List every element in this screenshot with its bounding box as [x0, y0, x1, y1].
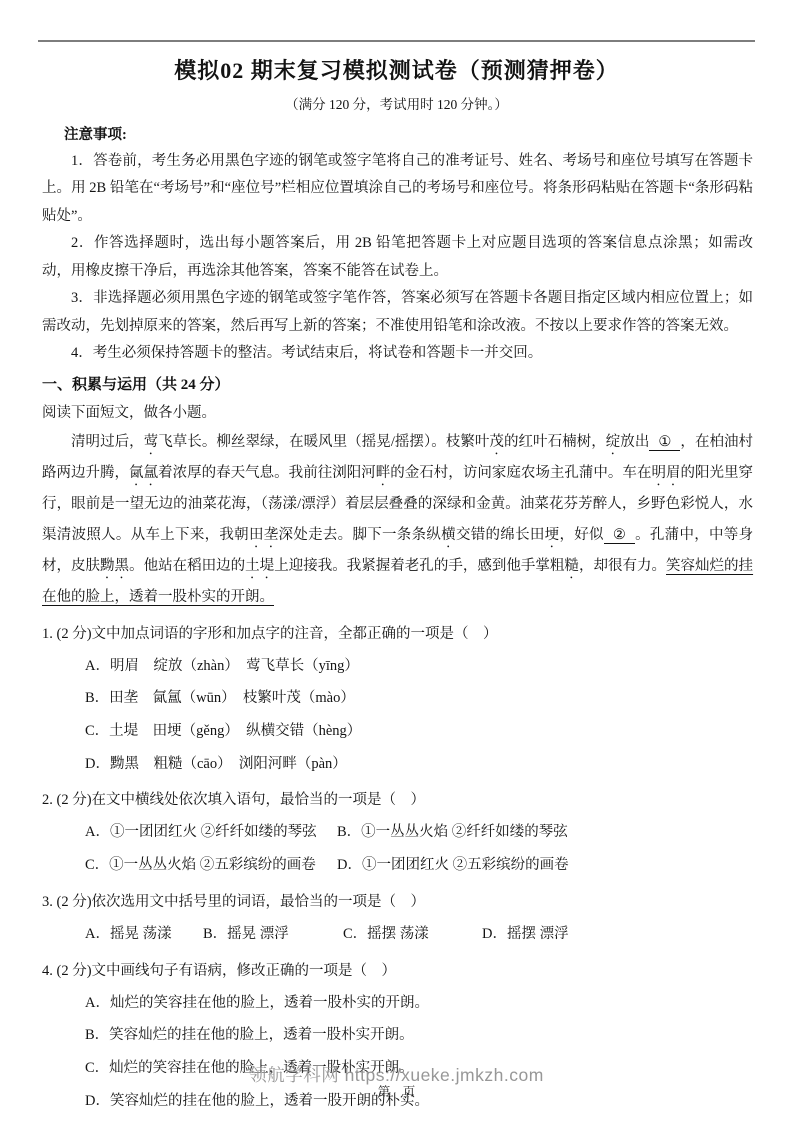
top-divider-line [38, 40, 755, 42]
passage-text: 着浓厚的春天气息。我前往浏阳河 [158, 465, 376, 481]
exam-title: 模拟02 期末复习模拟测试卷（预测猜押卷） [0, 0, 793, 85]
exam-body: 注意事项: 1．答卷前，考生务必用黑色字迹的钢笔或签字笔将自己的准考证号、姓名、… [42, 123, 753, 1117]
passage-dotted-text: 莺 [144, 434, 159, 450]
passage-dotted-text: 绽 [606, 434, 621, 450]
passage-text: 放出 [620, 434, 649, 450]
questions: 1. (2 分)文中加点词语的字形和加点字的注音，全都正确的一项是（ ）A．明眉… [42, 619, 753, 1118]
passage-text: 上迎接我。我紧握着老孔的手，感到他手掌粗 [274, 558, 564, 574]
passage-dotted-text: 糙 [564, 558, 579, 574]
question-2-options: A．①一团团红火 ②纤纤如缕的琴弦B．①一丛丛火焰 ②纤纤如缕的琴弦C．①一丛丛… [85, 816, 753, 881]
section-heading: 一、积累与运用（共 24 分） [42, 372, 753, 400]
question-3-option-b: B．摇晃 漂浮 [203, 918, 343, 951]
question-2-option-b: B．①一丛丛火焰 ②纤纤如缕的琴弦 [337, 816, 568, 849]
passage-dotted-text: 横 [441, 527, 456, 543]
exam-subtitle: （满分 120 分，考试用时 120 分钟。） [0, 93, 793, 113]
passage-dotted-text: 明眉 [651, 465, 680, 481]
passage-dotted-text: 氤氲 [129, 465, 158, 481]
passage-dotted-text: 田垄 [249, 527, 279, 543]
question-4-option-b: B．笑容灿烂的挂在他的脸上，透着一股朴实开朗。 [85, 1019, 753, 1052]
passage-dotted-text: 茂 [489, 434, 504, 450]
passage-text: 。他站在稻田边的 [129, 558, 245, 574]
notice-heading: 注意事项: [64, 123, 753, 148]
exam-paper-page: 模拟02 期末复习模拟测试卷（预测猜押卷） （满分 120 分，考试用时 120… [0, 0, 793, 1122]
passage-dotted-text: 土堤 [245, 558, 274, 574]
passage-dotted-text: 畔 [376, 465, 391, 481]
question-3-option-d: D．摇摆 漂浮 [482, 918, 569, 951]
passage-text: ，却很有力。 [579, 558, 666, 574]
question-4-stem: 4. (2 分)文中画线句子有语病，修改正确的一项是（ ） [42, 956, 753, 987]
passage-text: 清明过后， [71, 434, 144, 450]
passage-dotted-text: 埂 [545, 527, 560, 543]
passage-text: ，好似 [559, 527, 603, 543]
question-1-option-d: D．黝黑 粗糙（cāo） 浏阳河畔（pàn） [85, 748, 753, 781]
question-2-option-c: C．①一丛丛火焰 ②五彩缤纷的画卷 [85, 849, 337, 882]
fill-in-blank: ② [604, 527, 635, 544]
question-3-options: A．摇晃 荡漾B．摇晃 漂浮C．摇摆 荡漾D．摇摆 漂浮 [85, 918, 753, 951]
passage-intro: 阅读下面短文，做各小题。 [42, 400, 753, 427]
passage-dotted-text: 黝黑 [100, 558, 129, 574]
fill-in-blank: ① [649, 434, 680, 451]
passage-paragraph: 清明过后，莺飞草长。柳丝翠绿，在暖风里（摇晃/摇摆）。枝繁叶茂的红叶石楠树，绽放… [42, 427, 753, 614]
question-1-option-b: B．田垄 氤氲（wūn） 枝繁叶茂（mào） [85, 682, 753, 715]
question-3-stem: 3. (2 分)依次选用文中括号里的词语，最恰当的一项是（ ） [42, 887, 753, 918]
notice-item: 2．作答选择题时，选出每小题答案后，用 2B 铅笔把答题卡上对应题目选项的答案信… [42, 230, 753, 285]
question-2-stem: 2. (2 分)在文中横线处依次填入语句，最恰当的一项是（ ） [42, 785, 753, 816]
question-2: 2. (2 分)在文中横线处依次填入语句，最恰当的一项是（ ）A．①一团团红火 … [42, 785, 753, 881]
notice-item: 3．非选择题必须用黑色字迹的钢笔或签字笔作答，答案必须写在答题卡各题目指定区域内… [42, 285, 753, 340]
notice-item: 4．考生必须保持答题卡的整洁。考试结束后，将试卷和答题卡一并交回。 [42, 340, 753, 368]
question-1-option-a: A．明眉 绽放（zhàn） 莺飞草长（yīng） [85, 650, 753, 683]
question-1-stem: 1. (2 分)文中加点词语的字形和加点字的注音，全都正确的一项是（ ） [42, 619, 753, 650]
notice-list: 1．答卷前，考生务必用黑色字迹的钢笔或签字笔将自己的准考证号、姓名、考场号和座位… [42, 148, 753, 368]
notice-item: 1．答卷前，考生务必用黑色字迹的钢笔或签字笔将自己的准考证号、姓名、考场号和座位… [42, 148, 753, 231]
question-2-option-a: A．①一团团红火 ②纤纤如缕的琴弦 [85, 816, 337, 849]
question-1-option-c: C．土堤 田埂（gěng） 纵横交错（hèng） [85, 715, 753, 748]
question-4-option-a: A．灿烂的笑容挂在他的脸上，透着一股朴实的开朗。 [85, 987, 753, 1020]
question-2-option-d: D．①一团团红火 ②五彩缤纷的画卷 [337, 849, 569, 882]
question-1: 1. (2 分)文中加点词语的字形和加点字的注音，全都正确的一项是（ ）A．明眉… [42, 619, 753, 781]
passage-text: 飞草长。柳丝翠绿，在暖风里（摇晃/摇摆）。枝繁叶 [158, 434, 489, 450]
question-3-option-a: A．摇晃 荡漾 [85, 918, 203, 951]
question-1-options: A．明眉 绽放（zhàn） 莺飞草长（yīng）B．田垄 氤氲（wūn） 枝繁叶… [85, 650, 753, 781]
passage-text: 交错的绵长田 [456, 527, 545, 543]
passage-text: 的红叶石楠树， [504, 434, 606, 450]
passage-text: 的金石村，访问家庭农场主孔蒲中。车在 [390, 465, 651, 481]
page-number-label: 第 页 [0, 1082, 793, 1100]
passage-text: 深处走去。脚下一条条纵 [279, 527, 442, 543]
question-3: 3. (2 分)依次选用文中括号里的词语，最恰当的一项是（ ）A．摇晃 荡漾B．… [42, 887, 753, 951]
question-3-option-c: C．摇摆 荡漾 [343, 918, 482, 951]
